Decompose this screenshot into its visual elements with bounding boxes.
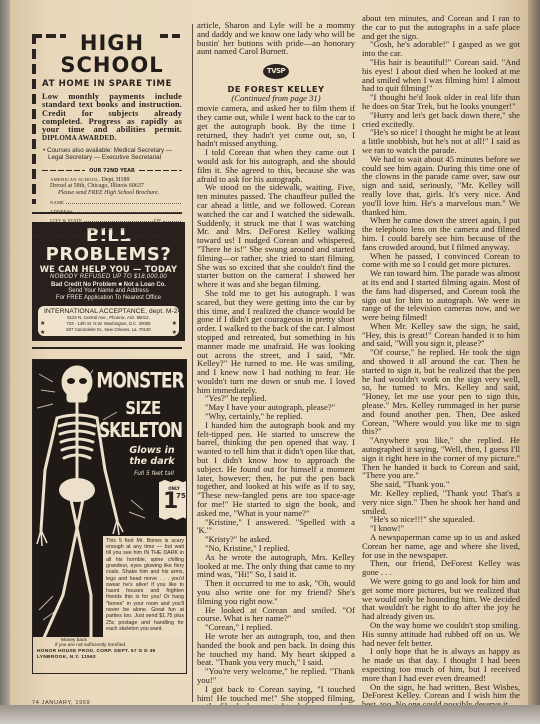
ad-body: Low monthly payments include standard te…	[42, 93, 182, 143]
article-paragraph: movie camera, and asked her to film them…	[197, 104, 355, 148]
ad-subtitle: WE CAN HELP YOU — TODAY	[35, 264, 182, 274]
article-paragraph: On the way home we couldn't stop smiling…	[362, 621, 520, 647]
ad-tagline: Bad Credit No Problem ■ Not a Loan Co.	[35, 282, 182, 288]
article-paragraph: I told Corean that when they came out I …	[197, 148, 355, 183]
article-paragraph: We were going to go and look for him and…	[362, 577, 520, 621]
article-paragraph: When Mr. Kelley saw the sign, he said, "…	[362, 322, 520, 348]
article-column-right: about ten minutes, and Corean and I ran …	[362, 14, 520, 709]
ad-title: SCHOOL	[42, 54, 182, 76]
background-surface	[0, 705, 540, 724]
ad-title: MONSTER	[95, 370, 185, 393]
article-paragraph: Then, our friend, DeForest Kelley was go…	[362, 559, 520, 577]
article-paragraph: "Gosh, he's adorable!" I gasped as we go…	[362, 40, 520, 58]
star-icon: ★	[40, 329, 45, 336]
ad-title: HIGH	[42, 22, 182, 54]
monster-skeleton-ad: MONSTER SIZE SKELETON Glows in the dark …	[32, 359, 187, 674]
article-paragraph: Mr. Kelley replied, "Thank you! That's a…	[362, 489, 520, 515]
dashed-border	[160, 34, 182, 38]
dashed-border	[32, 235, 182, 239]
continuation-note: (Continued from page 31)	[197, 94, 355, 103]
article-paragraph: Then it occurred to me to ask, "Oh, woul…	[197, 579, 355, 605]
ad-tagline: Full 5 feet tall	[123, 471, 185, 477]
column-divider	[192, 24, 193, 702]
tvsp-logo: TVSP	[263, 64, 289, 79]
star-icon: ★	[40, 320, 45, 327]
school-address: AMERICAN SCHOOL, Dept. H189 Drexel at 58…	[42, 177, 182, 197]
article-paragraph: "I thought he'd look older in real life …	[362, 93, 520, 111]
ad-courses: • Courses also available: Medical Secret…	[42, 147, 182, 162]
ad-tagline: NOBODY REFUSED UP TO $18,000.00	[35, 274, 182, 280]
price-starburst: ONLY 1 75	[159, 480, 186, 520]
page-edge-right	[528, 0, 540, 724]
article-paragraph: We ran toward him. The parade was almost…	[362, 269, 520, 322]
dashed-border	[32, 34, 36, 204]
article-paragraph: "You're very welcome," he replied. "Than…	[197, 667, 355, 685]
article-paragraph: I only hope that he is always as happy a…	[362, 647, 520, 682]
coupon-city-field[interactable]: CITY & STATEZIP	[50, 216, 182, 225]
article-paragraph: He looked at Corean and smiled. "Of cour…	[197, 606, 355, 624]
article-paragraph: I handed him the autograph book and my f…	[197, 421, 355, 518]
article-paragraph: "He's so nice! I thought he might be at …	[362, 128, 520, 154]
ad-copy: This 5 foot Mr. Bones is scary enough at…	[103, 536, 186, 637]
article-paragraph: about ten minutes, and Corean and I ran …	[362, 14, 520, 40]
bill-problems-ad: BILL PROBLEMS? WE CAN HELP YOU — TODAY N…	[32, 222, 185, 342]
ad-footer: Money back if you are not sufficiently h…	[33, 637, 186, 661]
ad-instructions: Send Your Name and Address For FREE Appl…	[35, 288, 182, 303]
article-paragraph: "Of course," he replied. He took the sig…	[362, 348, 520, 436]
article-paragraph: article, Sharon and Lyle will be a mommy…	[197, 21, 355, 56]
divider	[32, 347, 182, 349]
article-paragraph: As he wrote the autograph, Mrs. Kelley l…	[197, 553, 355, 579]
ads-column: HIGH SCHOOL AT HOME IN SPARE TIME Low mo…	[32, 22, 182, 674]
year-banner: OUR 72ND YEAR	[42, 168, 182, 174]
article-paragraph: "Kristine," I answered. "Spelled with a …	[197, 518, 355, 536]
article-paragraph: "His hair is beautiful!" Corean said. "A…	[362, 58, 520, 93]
article-paragraph: When he passed, I convinced Corean to co…	[362, 252, 520, 270]
ad-tagline: Glows in the dark	[121, 445, 183, 467]
ad-dark-panel: MONSTER SIZE SKELETON Glows in the dark …	[33, 360, 186, 637]
coupon-name-field[interactable]: NAME	[50, 198, 182, 207]
article-paragraph: She told me to get his autograph. I was …	[197, 289, 355, 395]
article-paragraph: "Anywhere you like," she replied. He aut…	[362, 436, 520, 480]
article-paragraph: We had to wait about 45 minutes before w…	[362, 155, 520, 217]
article-paragraph: "Hurry and let's get back down there," s…	[362, 111, 520, 129]
article-column-middle: article, Sharon and Lyle will be a mommy…	[197, 21, 355, 724]
high-school-ad: HIGH SCHOOL AT HOME IN SPARE TIME Low mo…	[32, 22, 182, 206]
article-paragraph: A newspaperman came up to us and asked C…	[362, 533, 520, 559]
article-paragraph: When he came down the street again, I pu…	[362, 216, 520, 251]
coupon-form: NAME ADDRESS CITY & STATEZIP	[42, 198, 182, 225]
star-icon: ★	[172, 320, 177, 327]
ad-subtitle: AT HOME IN SPARE TIME	[42, 79, 182, 89]
accreditation-line: Accredited Member NATIONAL HOME STUDY CO…	[32, 226, 182, 232]
article-paragraph: He wrote her an autograph, too, and then…	[197, 632, 355, 667]
ad-title: SIZE	[113, 397, 173, 419]
company-address-box: ★ ★ ★ ★ INTERNATIONAL ACCEPTANCE, dept. …	[38, 306, 179, 336]
ad-title: SKELETON	[93, 419, 186, 442]
star-icon: ★	[172, 329, 177, 336]
coupon-address-field[interactable]: ADDRESS	[50, 207, 182, 216]
article-paragraph: We stood on the sidewalk, waiting. Five,…	[197, 183, 355, 289]
dashed-border	[32, 34, 66, 38]
